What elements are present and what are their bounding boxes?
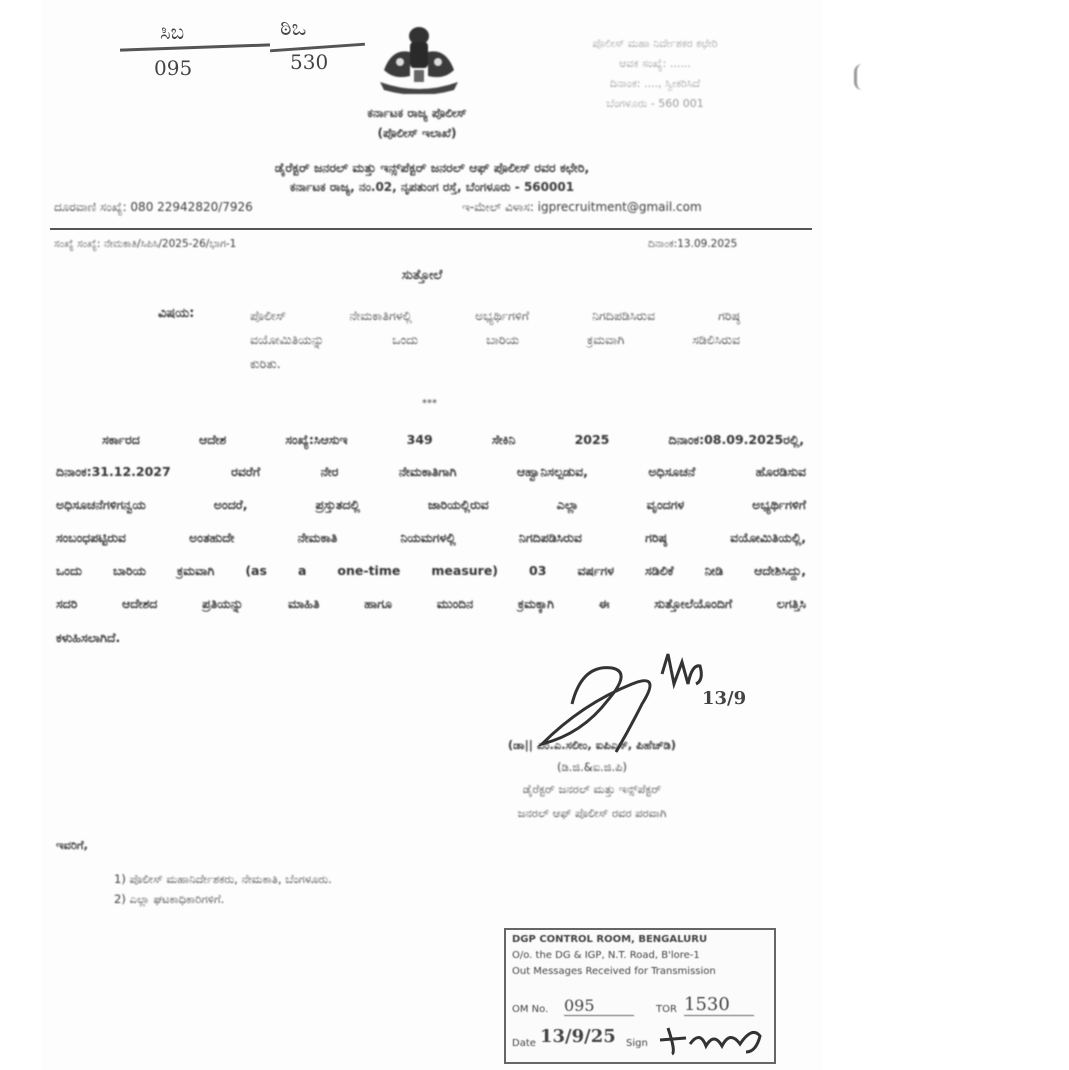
document-date: ದಿನಾಂಕ:13.09.2025	[648, 238, 737, 251]
signature-date-note: 13/9	[702, 688, 746, 709]
stamp-line: Out Messages Received for Transmission	[512, 966, 716, 977]
separator: ***	[422, 398, 437, 409]
header-address: ಕರ್ನಾಟಕ ರಾಜ್ಯ, ನಂ.02, ನೃಪತುಂಗ ರಸ್ತೆ, ಬೆಂ…	[122, 180, 742, 195]
faded-stamp-line: ಪೊಲೀಸ್ ಮಹಾ ನಿರ್ದೇಶಕರ ಕಛೇರಿ	[510, 34, 800, 54]
stamp-sign-label: Sign	[626, 1038, 648, 1049]
control-room-stamp: DGP CONTROL ROOM, BENGALURU O/o. the DG …	[504, 928, 776, 1064]
subject-text: ಪೊಲೀಸ್ ನೇಮಕಾತಿಗಳಲ್ಲಿ ಅಭ್ಯರ್ಥಿಗಳಿಗೆ ನಿಗದಿ…	[250, 304, 740, 376]
header-email: ಇ-ಮೇಲ್ ವಿಳಾಸ: igprecruitment@gmail.com	[462, 200, 702, 215]
faded-stamp-line: ಆವಕ ಸಂಖ್ಯೆ: ......	[510, 54, 800, 74]
stamp-date-label: Date	[512, 1038, 536, 1049]
circular-document: ಸಿಬ 095 ಠಿಒ 530 ಪೊಲೀಸ್ ಮಹಾ ನಿರ್ದೇಶಕರ ಕಛೇ…	[42, 0, 822, 1070]
header-police-department: (ಪೊಲೀಸ್ ಇಲಾಖೆ)	[332, 126, 502, 141]
stamp-line: O/o. the DG & IGP, N.T. Road, B'lore-1	[512, 950, 700, 961]
stamp-signature-icon	[656, 1022, 766, 1058]
handwritten-note-right-bottom: 530	[290, 50, 328, 74]
recipient-item: 1) ಪೊಲೀಸ್ ಮಹಾನಿರ್ದೇಶಕರು, ನೇಮಕಾತಿ, ಬೆಂಗಳೂ…	[114, 872, 332, 887]
subject-line: ವಯೋಮಿತಿಯನ್ನು ಒಂದು ಬಾರಿಯ ಕ್ರಮವಾಗಿ ಸಡಿಲಿಸಿ…	[250, 328, 740, 352]
header-office-name: ಡೈರೆಕ್ಟರ್ ಜನರಲ್ ಮತ್ತು ಇನ್ಸ್‌ಪೆಕ್ಟರ್ ಜನರಲ…	[122, 160, 742, 176]
subject-label: ವಿಷಯ:	[158, 306, 194, 321]
signatory-name: (ಡಾ|| ಎಂ.ಎ.ಸಲೀಂ, ಐಪಿಎಸ್, ಪಿಹೆಚ್‌ಡಿ)	[422, 738, 762, 753]
header-state-police: ಕರ್ನಾಟಕ ರಾಜ್ಯ ಪೊಲೀಸ್	[332, 106, 502, 121]
recipient-item: 2) ಎಲ್ಲಾ ಘಟಕಾಧಿಕಾರಿಗಳಿಗೆ.	[114, 892, 224, 907]
header-divider	[50, 228, 812, 230]
handwritten-note-right-top: ಠಿಒ	[280, 16, 306, 41]
stamp-line: DGP CONTROL ROOM, BENGALURU	[512, 934, 707, 945]
body-line: ಸದರಿ ಆದೇಶದ ಪ್ರತಿಯನ್ನು ಮಾಹಿತಿ ಹಾಗೂ ಮುಂದಿನ…	[56, 596, 806, 612]
body-line: ಸರ್ಕಾರದ ಆದೇಶ ಸಂಖ್ಯೆ:ಸಿಆಸುಇ 349 ಸೇಕಿನಿ 20…	[102, 432, 804, 448]
body-line: ದಿನಾಂಕ:31.12.2027 ರವರೆಗೆ ನೇರ ನೇಮಕಾತಿಗಾಗಿ…	[56, 464, 806, 480]
body-line: ಸಂಬಂಧಪಟ್ಟಿರುವ ಅಂತಹುದೇ ನೇಮಕಾತಿ ನಿಯಮಗಳಲ್ಲಿ…	[56, 530, 806, 546]
handwritten-note-left-bottom: 095	[154, 56, 192, 80]
faded-stamp-line: ದಿನಾಂಕ: ...., ಸ್ವೀಕರಿಸಿದೆ	[510, 74, 800, 94]
body-line: ಕಳುಹಿಸಲಾಗಿದೆ.	[56, 630, 120, 646]
stamp-date-value: 13/9/25	[540, 1026, 616, 1047]
body-line: ಅಧಿಸೂಚನೆಗಳಿಗನ್ವಯ ಅಂದರೆ, ಪ್ರಸ್ತುತದಲ್ಲಿ ಜಾ…	[56, 497, 806, 513]
scan-edge-mark	[854, 64, 865, 90]
stamp-tor-value: 1530	[684, 994, 754, 1016]
handwritten-line-left	[120, 43, 270, 51]
karnataka-emblem-icon	[374, 26, 464, 94]
reference-number: ಸಂಖ್ಯೆ ಸಂಖ್ಯೆ: ನೇಮಕಾತಿ/ಸಿಪಿಸಿ/2025-26/ಭಾ…	[54, 238, 236, 251]
body-line: ಒಂದು ಬಾರಿಯ ಕ್ರಮವಾಗಿ (as a one-time measu…	[56, 563, 806, 579]
faded-stamp-line: ಬೆಂಗಳೂರು - 560 001	[510, 94, 800, 114]
signatory-designation: ಡೈರೆಕ್ಟರ್ ಜನರಲ್ ಮತ್ತು ಇನ್ಸ್‌ಪೆಕ್ಟರ್	[422, 782, 762, 797]
to-label: ಇವರಿಗೆ,	[56, 838, 88, 853]
signatory-code: (ಡಿ.ಜಿ.&ಐ.ಜಿ.ಪಿ)	[422, 760, 762, 775]
stamp-om-value: 095	[564, 996, 634, 1016]
header-phone: ದೂರವಾಣಿ ಸಂಖ್ಯೆ: 080 22942820/7926	[54, 200, 253, 215]
subject-line: ಪೊಲೀಸ್ ನೇಮಕಾತಿಗಳಲ್ಲಿ ಅಭ್ಯರ್ಥಿಗಳಿಗೆ ನಿಗದಿ…	[250, 304, 740, 328]
document-title: ಸುತ್ತೋಲೆ	[362, 268, 482, 283]
faded-received-stamp: ಪೊಲೀಸ್ ಮಹಾ ನಿರ್ದೇಶಕರ ಕಛೇರಿ ಆವಕ ಸಂಖ್ಯೆ: .…	[510, 34, 800, 114]
subject-line: ಕುರಿತು.	[250, 352, 740, 376]
signatory-designation: ಜನರಲ್ ಆಫ್ ಪೊಲೀಸ್ ರವರ ಪರವಾಗಿ	[422, 806, 762, 821]
handwritten-note-left-top: ಸಿಬ	[160, 20, 184, 44]
stamp-tor-label: TOR	[656, 1004, 677, 1015]
stamp-om-label: OM No.	[512, 1004, 548, 1015]
